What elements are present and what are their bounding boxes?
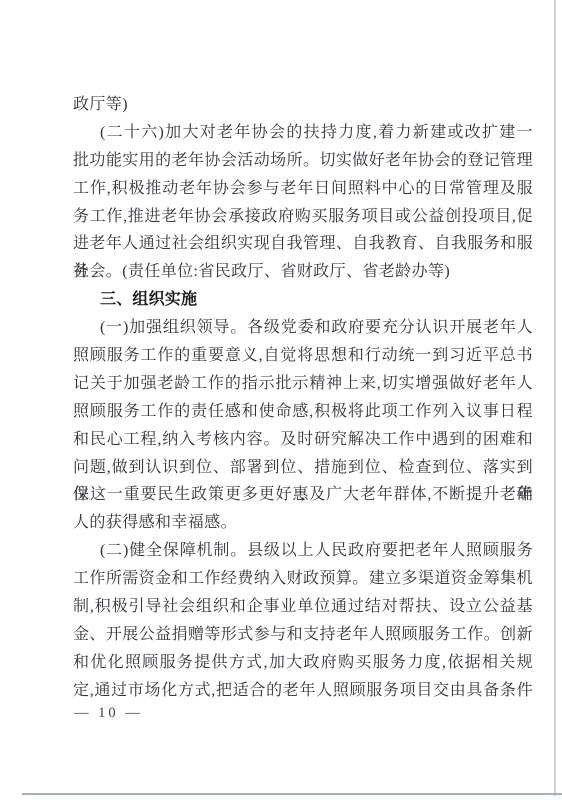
text-line: 保这一重要民生政策更多更好惠及广大老年群体,不断提升老年 <box>73 481 533 509</box>
text-line: 制,积极引导社会组织和企事业单位通过结对帮扶、设立公益基 <box>73 593 533 621</box>
text-line: 务工作,推进老年协会承接政府购买服务项目或公益创投项目,促 <box>73 203 533 231</box>
text-line: 金、开展公益捐赠等形式参与和支持老年人照顾服务工作。创新 <box>73 621 533 649</box>
scan-edge-bottom <box>22 793 562 795</box>
document-page: 政厅等)(二十六)加大对老年协会的扶持力度,着力新建或改扩建一批功能实用的老年协… <box>0 0 562 800</box>
text-line: 定,通过市场化方式,把适合的老年人照顾服务项目交由具备条件 <box>73 677 533 705</box>
scan-edge-right <box>554 0 556 796</box>
document-body: 政厅等)(二十六)加大对老年协会的扶持力度,着力新建或改扩建一批功能实用的老年协… <box>73 91 533 705</box>
text-line: 进老年人通过社会组织实现自我管理、自我教育、自我服务和服务 <box>73 230 533 258</box>
text-line: (二)健全保障机制。县级以上人民政府要把老年人照顾服务 <box>73 537 533 565</box>
text-line: 和民心工程,纳入考核内容。及时研究解决工作中遇到的困难和 <box>73 426 533 454</box>
text-line: (二十六)加大对老年协会的扶持力度,着力新建或改扩建一 <box>73 119 533 147</box>
text-line: 政厅等) <box>73 91 533 119</box>
text-line: 工作所需资金和工作经费纳入财政预算。建立多渠道资金筹集机 <box>73 565 533 593</box>
text-line: 人的获得感和幸福感。 <box>73 509 533 537</box>
section-heading: 三、组织实施 <box>73 286 533 314</box>
text-line: 工作,积极推动老年协会参与老年日间照料中心的日常管理及服 <box>73 175 533 203</box>
text-line: 和优化照顾服务提供方式,加大政府购买服务力度,依据相关规 <box>73 649 533 677</box>
text-line: 批功能实用的老年协会活动场所。切实做好老年协会的登记管理 <box>73 147 533 175</box>
text-line: 记关于加强老龄工作的指示批示精神上来,切实增强做好老年人 <box>73 370 533 398</box>
text-line: 社会。(责任单位:省民政厅、省财政厅、省老龄办等) <box>73 258 533 286</box>
text-line: (一)加强组织领导。各级党委和政府要充分认识开展老年人 <box>73 314 533 342</box>
text-line: 照顾服务工作的责任感和使命感,积极将此项工作列入议事日程 <box>73 398 533 426</box>
text-line: 照顾服务工作的重要意义,自觉将思想和行动统一到习近平总书 <box>73 342 533 370</box>
text-line: 问题,做到认识到位、部署到位、措施到位、检查到位、落实到位,确 <box>73 454 533 482</box>
page-number: — 10 — <box>74 703 143 723</box>
